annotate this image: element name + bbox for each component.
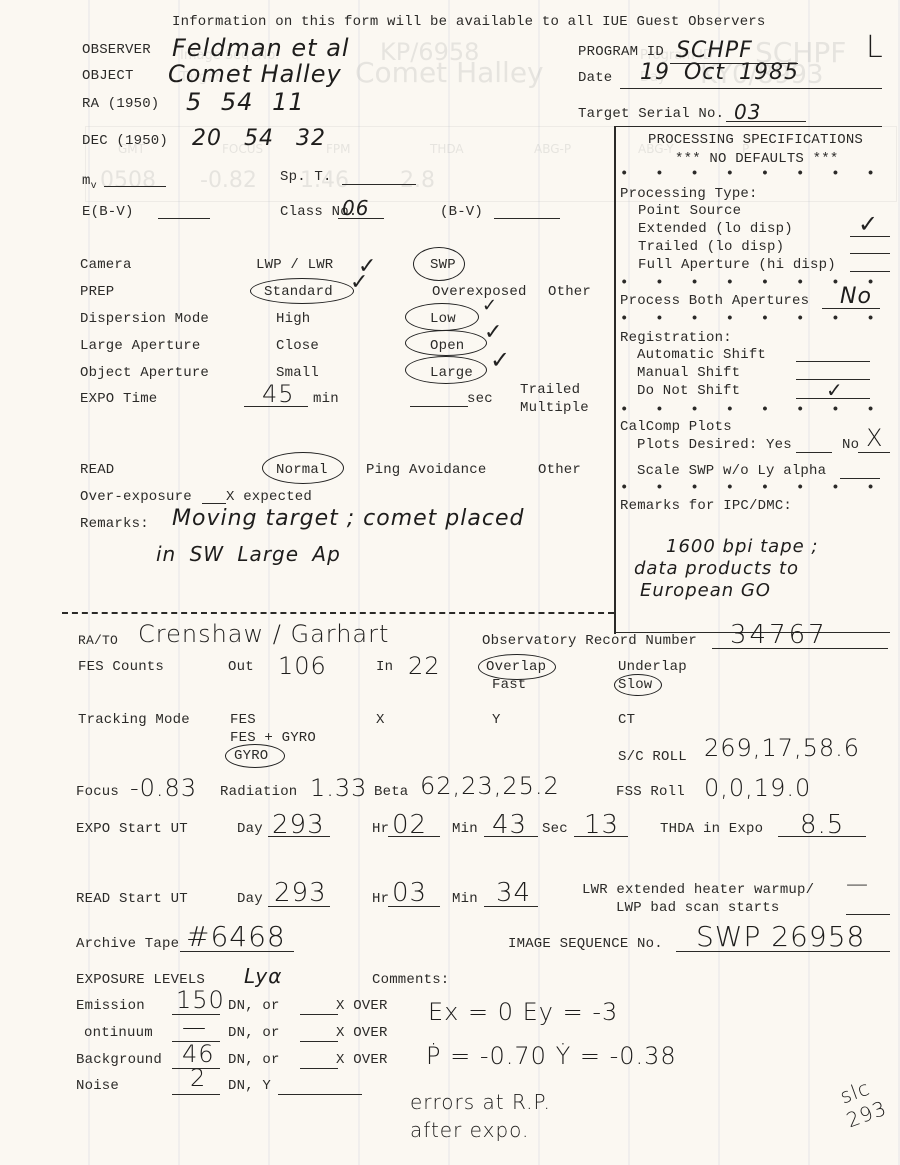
fes-out-field[interactable]: 106	[278, 652, 327, 680]
ghost-header: THDA	[430, 142, 464, 156]
level-dn-field[interactable]: 150	[176, 986, 225, 1014]
overexposure-label: Over-exposure	[80, 489, 192, 505]
object-aperture-label: Object Aperture	[80, 365, 209, 381]
classno-underline	[338, 218, 384, 219]
noise-suffix: DN, Y	[228, 1078, 271, 1094]
expo-min-underline	[484, 836, 538, 837]
dispersion-label: Dispersion Mode	[80, 311, 209, 327]
large-aperture-label: Large Aperture	[80, 338, 200, 354]
both-apertures-field[interactable]: No	[840, 284, 872, 309]
processing-type-label: Processing Type:	[620, 186, 758, 202]
expo-time-min-underline	[244, 406, 308, 407]
remarks-line-2[interactable]: in SW Large Ap	[156, 542, 341, 566]
level-dn-or-label: DN, or	[228, 998, 280, 1014]
dec-field[interactable]: 20 54 32	[192, 126, 326, 151]
mv-label: mv	[82, 173, 97, 192]
object-aperture-option-small[interactable]: Small	[276, 365, 319, 381]
noise-underline	[172, 1094, 220, 1095]
focus-field[interactable]: -0.83	[130, 774, 197, 802]
beta-label: Beta	[374, 784, 408, 800]
fes-out-label: Out	[228, 659, 254, 675]
expo-time-min-unit: min	[313, 391, 339, 407]
fss-roll-field[interactable]: 0,0,19.0	[704, 774, 811, 802]
target-serial-label: Target Serial No.	[578, 106, 724, 122]
exposure-levels-note: Lyα	[244, 964, 282, 988]
large-aperture-option-close[interactable]: Close	[276, 338, 319, 354]
processing-type-full-aperture[interactable]: Full Aperture (hi disp)	[638, 257, 836, 273]
fss-roll-label: FSS Roll	[616, 784, 685, 800]
both-apertures-label: Process Both Apertures	[620, 293, 809, 309]
mv-field[interactable]	[104, 186, 166, 187]
ghost-cell: 0508	[100, 168, 156, 193]
date-field[interactable]: 19 Oct 1985	[640, 60, 799, 85]
check-icon: ✓	[350, 270, 368, 295]
dotted-divider: • • • • • • • • • • • • • • •	[620, 166, 900, 182]
read-min-underline	[484, 906, 538, 907]
selected-circle	[405, 356, 487, 384]
selected-circle	[413, 247, 465, 281]
expo-time-label: EXPO Time	[80, 391, 157, 407]
rato-label: RA/TO	[78, 633, 118, 648]
read-min-field[interactable]: 34	[496, 878, 531, 908]
both-apertures-underline	[822, 308, 880, 309]
thda-label: THDA in Expo	[660, 821, 763, 837]
ghost-header: ABG-P	[534, 142, 571, 156]
read-day-underline	[268, 906, 330, 907]
observer-label: OBSERVER	[82, 42, 151, 58]
tracking-mode-label: Tracking Mode	[78, 712, 190, 728]
expo-sec-label: Sec	[542, 821, 568, 837]
remarks-line-1[interactable]: Moving target ; comet placed	[172, 506, 524, 531]
expo-time-sec-field[interactable]	[410, 406, 468, 407]
dotted-divider: • • • • • • • • • • • • • • •	[620, 311, 900, 327]
expo-day-label: Day	[237, 821, 263, 837]
level-label: ontinuum	[84, 1025, 153, 1041]
bv-field[interactable]	[494, 218, 560, 219]
image-seq-label: IMAGE SEQUENCE No.	[508, 936, 663, 952]
comment-line-4[interactable]: after expo.	[410, 1118, 529, 1142]
noise-y-field[interactable]	[278, 1094, 362, 1095]
ghost-target-value: Comet Halley	[355, 56, 544, 89]
expo-time-min-field[interactable]: 45	[262, 380, 295, 408]
do-not-shift-field[interactable]	[796, 398, 870, 399]
dec-label: DEC (1950)	[82, 133, 168, 149]
selected-circle	[250, 278, 354, 304]
registration-do-not-shift[interactable]: Do Not Shift	[637, 383, 740, 399]
scale-swp-label: Scale SWP w/o Ly alpha	[637, 463, 826, 479]
read-day-label: Day	[237, 891, 263, 907]
level-label: Emission	[76, 998, 145, 1014]
calcomp-label: CalComp Plots	[620, 419, 732, 435]
scale-swp-field[interactable]	[840, 478, 880, 479]
remarks-label: Remarks:	[80, 516, 149, 532]
check-icon: ✓	[484, 320, 502, 345]
level-x-over-label: X OVER	[336, 1052, 388, 1068]
processing-type-point-source[interactable]: Point Source	[638, 203, 741, 219]
expo-start-label: EXPO Start UT	[76, 821, 188, 837]
trailed-label: Trailed	[520, 382, 580, 398]
level-over-field[interactable]	[300, 1041, 338, 1042]
date-label: Date	[578, 70, 612, 86]
beta-field[interactable]: 62,23,25.2	[420, 772, 560, 800]
object-field[interactable]: Comet Halley	[168, 60, 342, 88]
read-start-label: READ Start UT	[76, 891, 188, 907]
level-dn-field[interactable]: —	[182, 1013, 207, 1041]
obs-record-underline	[712, 648, 888, 649]
level-over-field[interactable]	[300, 1014, 338, 1015]
archive-tape-field[interactable]: #6468	[186, 920, 286, 953]
prep-label: PREP	[80, 284, 114, 300]
processing-box-top	[614, 126, 882, 127]
level-dn-or-label: DN, or	[228, 1025, 280, 1041]
read-min-label: Min	[452, 891, 478, 907]
sc-roll-field[interactable]: 269,17,58.6	[704, 734, 860, 762]
fast-option[interactable]: Fast	[492, 677, 526, 693]
automatic-shift-field[interactable]	[796, 361, 870, 362]
overexposure-field[interactable]	[202, 503, 226, 504]
radiation-field[interactable]: 1.33	[310, 774, 367, 802]
tracking-option-fes[interactable]: FES	[230, 712, 256, 728]
image-seq-underline	[676, 951, 890, 952]
registration-manual[interactable]: Manual Shift	[637, 365, 740, 381]
comment-line-1[interactable]: Ex = 0 Ey = -3	[428, 998, 618, 1026]
radiation-label: Radiation	[220, 784, 297, 800]
dispersion-option-high[interactable]: High	[276, 311, 310, 327]
ipc-remarks-line-3[interactable]: European GO	[640, 580, 771, 601]
fes-counts-label: FES Counts	[78, 659, 164, 675]
lwr-heater-label: LWR extended heater warmup/	[582, 882, 814, 898]
form-header-notice: Information on this form will be availab…	[172, 14, 766, 30]
multiple-label: Multiple	[520, 400, 589, 416]
ra-label: RA (1950)	[82, 96, 159, 112]
level-over-field[interactable]	[300, 1068, 338, 1069]
ebv-label: E(B-V)	[82, 204, 134, 220]
spt-label: Sp. T.	[280, 169, 332, 185]
archive-tape-underline	[180, 951, 294, 952]
read-hr-label: Hr	[372, 891, 389, 907]
prep-option-other[interactable]: Other	[548, 284, 591, 300]
dotted-divider: • • • • • • • • • • • • • • •	[620, 480, 900, 496]
ghost-cell: -0.82	[200, 168, 257, 193]
registration-automatic[interactable]: Automatic Shift	[637, 347, 766, 363]
processing-type-trailed[interactable]: Trailed (lo disp)	[638, 239, 784, 255]
full-aperture-field[interactable]	[850, 271, 890, 272]
plots-yes-field[interactable]	[796, 452, 832, 453]
camera-option-lwp-lwr[interactable]: LWP / LWR	[256, 257, 333, 273]
bv-label: (B-V)	[440, 204, 483, 220]
obs-record-label: Observatory Record Number	[482, 633, 697, 649]
rato-field[interactable]: Crenshaw / Garhart	[138, 620, 389, 648]
observer-field[interactable]: Feldman et al	[172, 34, 350, 62]
archive-tape-label: Archive Tape	[76, 936, 179, 952]
y-label: Y	[492, 712, 501, 728]
object-label: OBJECT	[82, 68, 134, 84]
ebv-field[interactable]	[158, 218, 210, 219]
fes-in-field[interactable]: 22	[408, 652, 441, 680]
tracking-option-fes-gyro[interactable]: FES + GYRO	[230, 730, 316, 746]
plots-desired-label: Plots Desired: Yes	[637, 437, 792, 453]
read-option-ping-avoidance[interactable]: Ping Avoidance	[366, 462, 486, 478]
level-dn-or-label: DN, or	[228, 1052, 280, 1068]
focus-label: Focus	[76, 784, 119, 800]
underlap-option[interactable]: Underlap	[618, 659, 687, 675]
lwp-scan-field[interactable]	[846, 914, 890, 915]
processing-box-border	[614, 126, 616, 634]
overexposure-suffix: X expected	[226, 489, 312, 505]
program-id-label: PROGRAM ID	[578, 44, 664, 60]
noise-label: Noise	[76, 1078, 119, 1094]
read-label: READ	[80, 462, 114, 478]
classno-field[interactable]: 06	[342, 196, 369, 220]
image-seq-field[interactable]: SWP 26958	[696, 920, 865, 953]
section-separator	[62, 612, 614, 614]
lwp-scan-label: LWP bad scan starts	[616, 900, 779, 916]
obs-record-field[interactable]: 34767	[730, 620, 828, 650]
plots-no-field[interactable]	[858, 452, 890, 453]
plots-no-label: No	[842, 437, 859, 453]
date-underline	[620, 88, 882, 89]
processing-subtitle: *** NO DEFAULTS ***	[675, 151, 838, 167]
expo-min-label: Min	[452, 821, 478, 837]
selected-circle	[405, 303, 479, 331]
ipc-remarks-line-2[interactable]: data products to	[634, 558, 799, 579]
camera-label: Camera	[80, 257, 132, 273]
ghost-header: FPM	[326, 142, 351, 156]
trailed-field[interactable]	[850, 253, 890, 254]
plots-no-mark: X	[866, 424, 883, 452]
read-hr-field[interactable]: 03	[392, 878, 427, 908]
level-label: Background	[76, 1052, 162, 1068]
read-hr-underline	[388, 906, 440, 907]
comment-line-2[interactable]: Ṗ = -0.70 Ẏ = -0.38	[426, 1042, 677, 1070]
processing-type-extended[interactable]: Extended (lo disp)	[638, 221, 793, 237]
level-x-over-label: X OVER	[336, 1025, 388, 1041]
spt-field[interactable]	[342, 184, 416, 185]
lwr-heater-field[interactable]: —	[846, 872, 869, 897]
x-label: X	[376, 712, 385, 728]
ghost-cell: 2.8	[400, 168, 435, 193]
expo-day-underline	[268, 836, 330, 837]
ipc-remarks-label: Remarks for IPC/DMC:	[620, 498, 792, 514]
target-serial-underline	[726, 121, 806, 122]
read-day-field[interactable]: 293	[274, 878, 327, 908]
ra-field[interactable]: 5 54 11	[186, 88, 305, 116]
ipc-remarks-line-1[interactable]: 1600 bpi tape ;	[666, 536, 818, 557]
check-icon: ✓	[490, 346, 510, 374]
expo-hr-label: Hr	[372, 821, 389, 837]
check-icon: ✓	[482, 295, 497, 316]
corner-mark: L	[866, 30, 884, 65]
read-option-other[interactable]: Other	[538, 462, 581, 478]
selected-circle	[405, 330, 487, 356]
comment-line-3[interactable]: errors at R.P.	[410, 1090, 551, 1114]
thda-underline	[778, 836, 866, 837]
level-x-over-label: X OVER	[336, 998, 388, 1014]
extended-field[interactable]	[850, 236, 890, 237]
prep-option-overexposed[interactable]: Overexposed	[432, 284, 527, 300]
sc-roll-label: S/C ROLL	[618, 749, 687, 765]
expo-time-sec-unit: sec	[467, 391, 493, 407]
expo-hr-underline	[388, 836, 440, 837]
fes-in-label: In	[376, 659, 393, 675]
expo-sec-underline	[574, 836, 628, 837]
check-icon: ✓	[858, 210, 878, 238]
selected-circle	[614, 674, 662, 696]
processing-title: PROCESSING SPECIFICATIONS	[648, 132, 863, 148]
comments-label: Comments:	[372, 972, 449, 988]
noise-field[interactable]: 2	[190, 1064, 206, 1092]
registration-label: Registration:	[620, 330, 732, 346]
selected-circle	[225, 744, 285, 768]
ct-label: CT	[618, 712, 635, 728]
selected-circle	[262, 452, 344, 484]
dotted-divider: • • • • • • • • • • • • • • •	[620, 402, 900, 418]
